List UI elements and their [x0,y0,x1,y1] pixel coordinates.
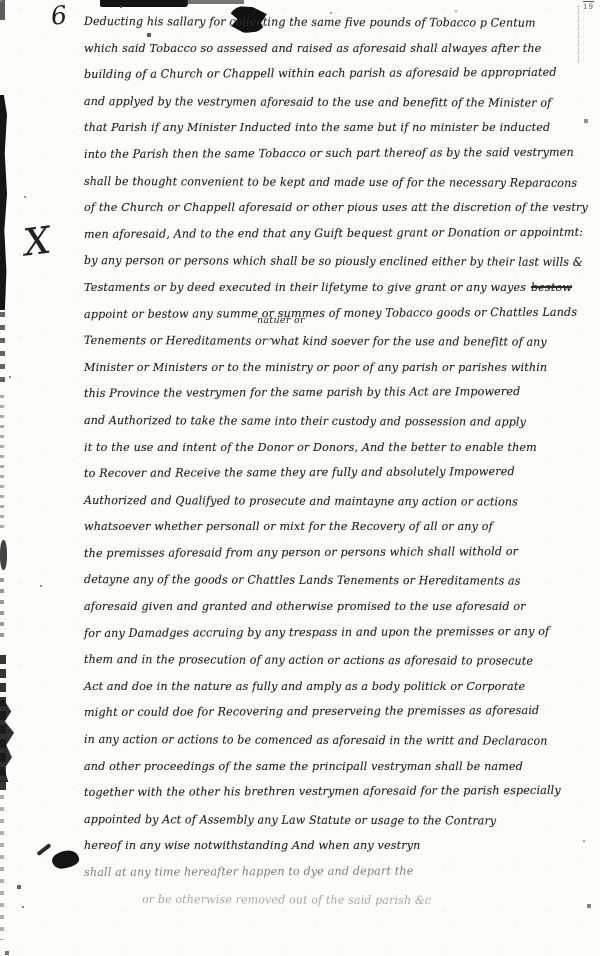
manuscript-line: shall at any time hereafter happen to dy… [84,865,598,892]
manuscript-line: Testaments or by deed executed in their … [84,280,598,307]
manuscript-line: in any action or actions to be comenced … [84,732,598,759]
manuscript-line: hereof in any wise notwithstanding And w… [84,838,598,865]
manuscript-line: this Province the vestrymen for the same… [84,386,598,413]
manuscript-line: appointed by Act of Assembly any Law Sta… [84,812,598,839]
manuscript-line: building of a Church or Chappell within … [84,67,598,94]
scan-edge-artifact [0,700,14,782]
manuscript-line: detayne any of the goods or Chattles Lan… [84,572,598,599]
manuscript-line: them and in the prosecution of any actio… [84,652,598,679]
manuscript-line: men aforesaid, And to the end that any G… [84,227,598,254]
scan-edge-artifact [0,395,4,535]
scan-edge-artifact [0,0,5,20]
manuscript-line: might or could doe for Recovering and pr… [84,705,598,732]
manuscript-line: to Recover and Receive the same they are… [84,466,598,493]
manuscript-line: Authorized and Qualifyed to prosecute an… [84,493,598,520]
manuscript-line: Minister or Ministers or to the ministry… [84,360,598,387]
manuscript-line: Act and doe in the nature as fully and a… [84,679,598,706]
manuscript-line: or be otherwise removed out of the said … [84,892,598,919]
manuscript-line: which said Tobacco so assessed and raise… [84,41,598,68]
scan-edge-artifact [0,312,5,384]
paper-specks [0,0,2,2]
struck-out-word: bestow [531,280,572,294]
scan-edge-artifact [186,0,244,4]
manuscript-line: by any person or persons which shall be … [84,253,598,280]
scan-edge-artifact [0,578,4,640]
scan-edge-artifact [0,655,6,790]
manuscript-line: and other proceedings of the same the pr… [84,759,598,786]
manuscript-text: Deducting his sallary for collecting the… [84,14,598,918]
manuscript-line: for any Damadges accruing by any trespas… [84,626,598,653]
manuscript-line: and applyed by the vestrymen aforesaid t… [84,94,598,121]
manuscript-line: of the Church or Chappell aforesaid or o… [84,200,598,227]
manuscript-line: aforesaid given and granted and otherwis… [84,599,598,626]
manuscript-line: Deducting his sallary for collecting the… [84,14,598,41]
scan-edge-artifact [0,95,7,310]
page-number: 6 [50,0,69,31]
manuscript-page: 19 6 X natuer or ^ Deducting his sallary… [0,0,600,956]
manuscript-line: shall be thought convenient to be kept a… [84,174,598,201]
manuscript-line: Tenements or Hereditaments or what kind … [84,333,598,360]
manuscript-line: whatsoever whether personall or mixt for… [84,519,598,546]
manuscript-line: into the Parish then the same Tobacco or… [84,147,598,174]
scan-edge-artifact [100,0,188,7]
corner-mark: 19 [583,1,594,11]
scan-edge-artifact [0,795,4,940]
margin-x-mark: X [21,219,52,265]
manuscript-line: together with the other his brethren ves… [84,785,598,812]
manuscript-line: the premisses aforesaid from any person … [84,546,598,573]
manuscript-line: it to the use and intent of the Donor or… [84,440,598,467]
manuscript-line: appoint or bestow any summe or summes of… [84,307,598,334]
scan-edge-artifact [0,540,7,570]
ink-blot [51,849,81,870]
manuscript-line: that Parish if any Minister Inducted int… [84,120,598,147]
manuscript-line: and Authorized to take the same into the… [84,413,598,440]
